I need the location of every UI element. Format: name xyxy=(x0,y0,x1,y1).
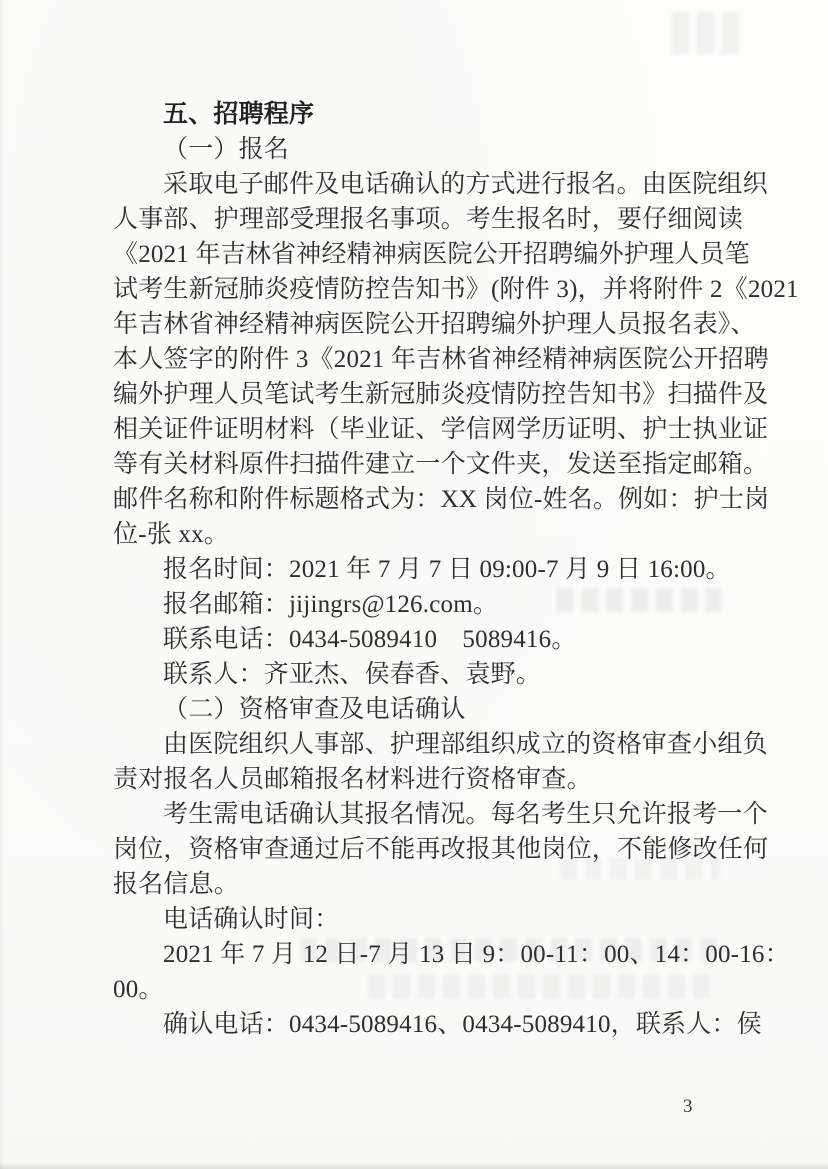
doc-line: 年吉林省神经精神病医院公开招聘编外护理人员报名表》、 xyxy=(113,307,717,342)
doc-line: 采取电子邮件及电话确认的方式进行报名。由医院组织 xyxy=(113,167,717,202)
scan-edge-left xyxy=(0,0,5,1169)
doc-line: 邮件名称和附件标题格式为：XX 岗位-姓名。例如：护士岗 xyxy=(113,482,717,517)
confirmation-time-line: 2021 年 7 月 12 日-7 月 13 日 9：00-11：00、14：0… xyxy=(113,937,717,972)
contact-phone-line: 联系电话：0434-5089410 5089416。 xyxy=(113,622,717,657)
doc-line: 00。 xyxy=(113,972,717,1007)
document-page: 五、招聘程序 （一）报名 采取电子邮件及电话确认的方式进行报名。由医院组织 人事… xyxy=(0,0,828,1169)
contact-person-line: 联系人：齐亚杰、侯春香、袁野。 xyxy=(113,657,717,692)
scan-edge-bottom xyxy=(0,1162,828,1169)
doc-line: 由医院组织人事部、护理部组织成立的资格审查小组负 xyxy=(113,727,717,762)
doc-line: 本人签字的附件 3《2021 年吉林省神经精神病医院公开招聘 xyxy=(113,342,717,377)
doc-line: 试考生新冠肺炎疫情防控告知书》(附件 3)，并将附件 2《2021 xyxy=(113,272,717,307)
subsection-heading: （一）报名 xyxy=(113,132,717,167)
section-heading: 五、招聘程序 xyxy=(113,97,717,132)
page-number: 3 xyxy=(683,1096,693,1118)
doc-line: 位-张 xx。 xyxy=(113,517,717,552)
doc-line: 考生需电话确认其报名情况。每名考生只允许报考一个 xyxy=(113,797,717,832)
doc-line: 人事部、护理部受理报名事项。考生报名时，要仔细阅读 xyxy=(113,202,717,237)
doc-line: 等有关材料原件扫描件建立一个文件夹，发送至指定邮箱。 xyxy=(113,447,717,482)
registration-time-line: 报名时间：2021 年 7 月 7 日 09:00-7 月 9 日 16:00。 xyxy=(113,552,717,587)
confirmation-phone-line: 确认电话：0434-5089416、0434-5089410，联系人：侯 xyxy=(113,1007,717,1042)
doc-line: 编外护理人员笔试考生新冠肺炎疫情防控告知书》扫描件及 xyxy=(113,377,717,412)
doc-line: 责对报名人员邮箱报名材料进行资格审查。 xyxy=(113,762,717,797)
confirmation-time-label: 电话确认时间： xyxy=(113,902,717,937)
doc-line: 《2021 年吉林省神经精神病医院公开招聘编外护理人员笔 xyxy=(113,237,717,272)
doc-line: 岗位，资格审查通过后不能再改报其他岗位，不能修改任何 xyxy=(113,832,717,867)
document-body: 五、招聘程序 （一）报名 采取电子邮件及电话确认的方式进行报名。由医院组织 人事… xyxy=(113,0,717,1042)
doc-line: 相关证件证明材料（毕业证、学信网学历证明、护士执业证 xyxy=(113,412,717,447)
registration-email-line: 报名邮箱：jijingrs@126.com。 xyxy=(113,587,717,622)
subsection-heading: （二）资格审查及电话确认 xyxy=(113,692,717,727)
doc-line: 报名信息。 xyxy=(113,867,717,902)
